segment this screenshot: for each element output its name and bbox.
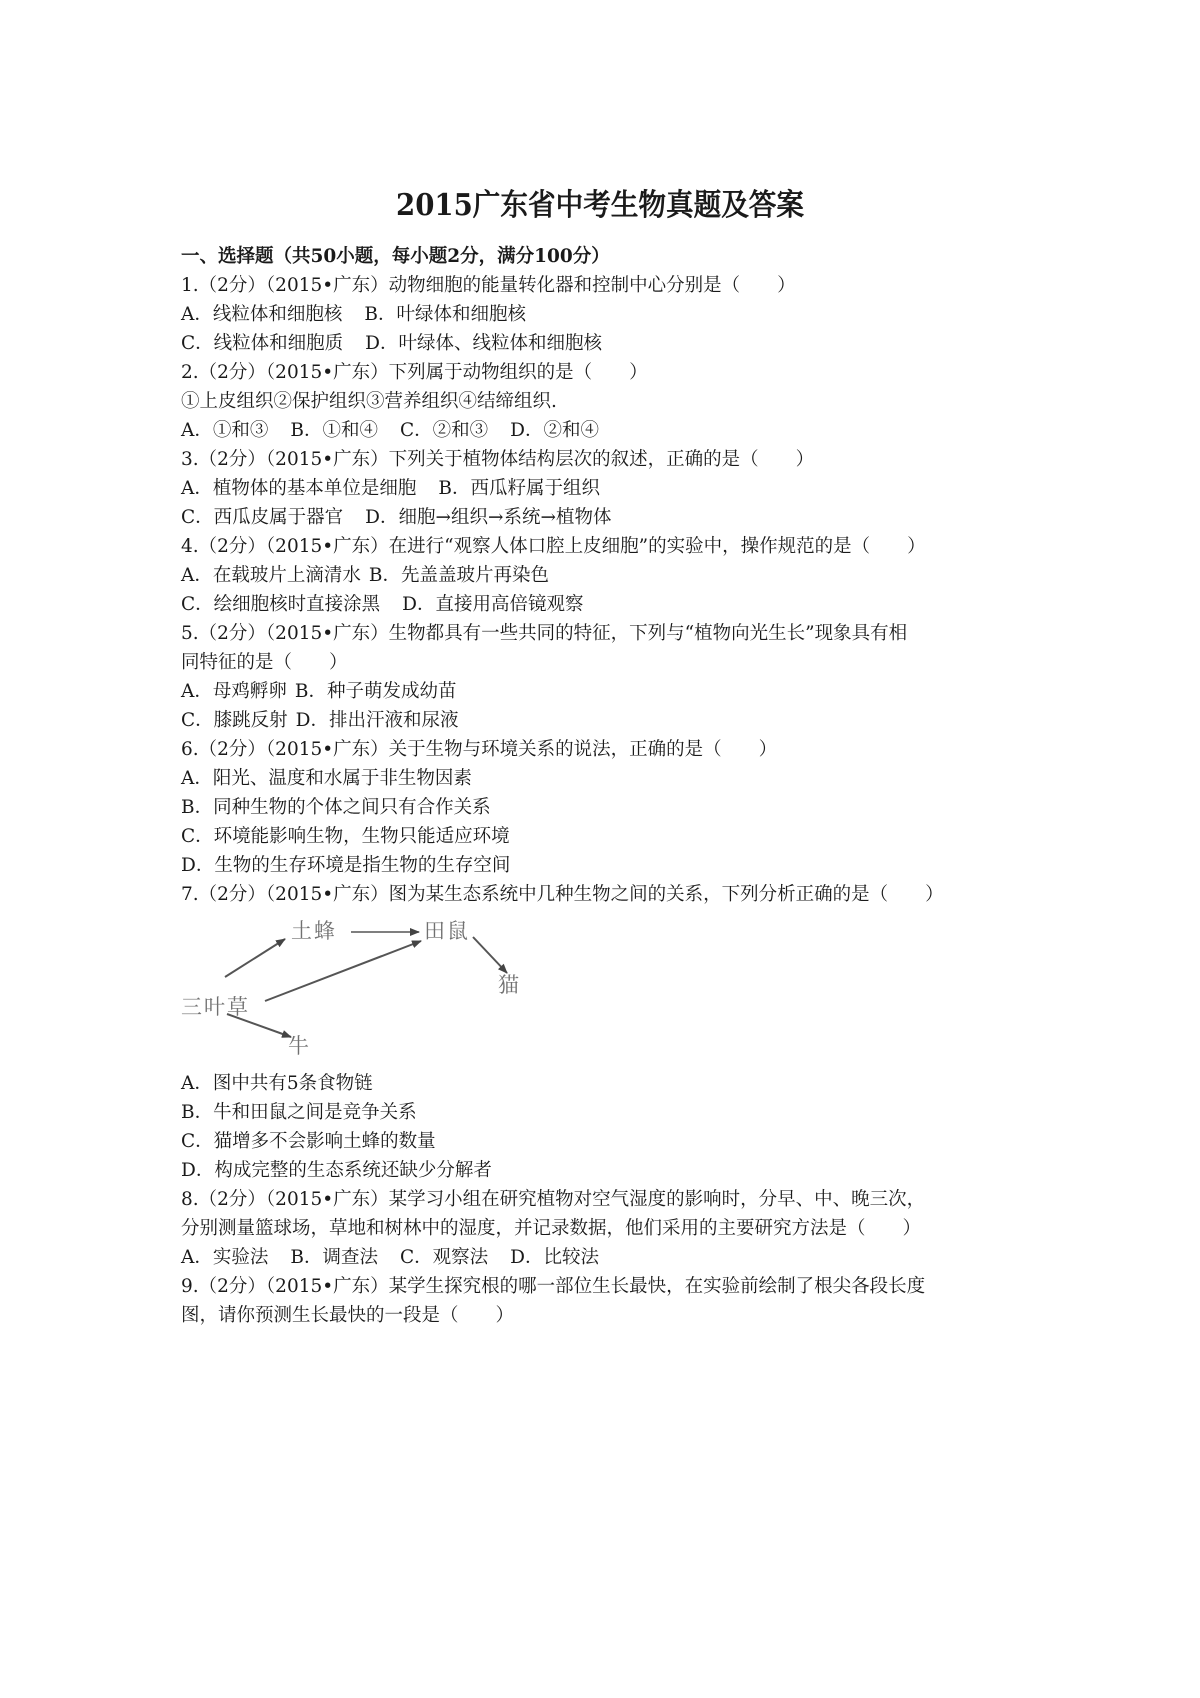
exam-page: 2015广东省中考生物真题及答案 一、选择题（共50小题，每小题2分，满分100… — [0, 0, 1200, 1698]
node-clover: 三叶草 — [181, 995, 250, 1019]
option-d: D．叶绿体、线粒体和细胞核 — [365, 333, 602, 354]
option-b: B．先盖盖玻片再染色 — [369, 565, 549, 586]
question-stem: 7.（2分）（2015•广东）图为某生态系统中几种生物之间的关系，下列分析正确的… — [181, 880, 1041, 909]
question-stem: 4.（2分）（2015•广东）在进行“观察人体口腔上皮细胞”的实验中，操作规范的… — [181, 532, 1041, 561]
question-6: 6.（2分）（2015•广东）关于生物与环境关系的说法，正确的是（ ） A．阳光… — [181, 735, 1041, 880]
option-d: D．②和④ — [510, 420, 599, 441]
question-2: 2.（2分）（2015•广东）下列属于动物组织的是（ ） ①上皮组织②保护组织③… — [181, 358, 1041, 445]
question-stem: 3.（2分）（2015•广东）下列关于植物体结构层次的叙述，正确的是（ ） — [181, 445, 1041, 474]
question-stem: 9.（2分）（2015•广东）某学生探究根的哪一部位生长最快，在实验前绘制了根尖… — [181, 1272, 1041, 1301]
option-b: B．①和④ — [290, 420, 378, 441]
option-b: B．调查法 — [290, 1247, 378, 1268]
option-d: D．生物的生存环境是指生物的生存空间 — [181, 851, 1041, 880]
document-body: 一、选择题（共50小题，每小题2分，满分100分） 1.（2分）（2015•广东… — [181, 242, 1041, 1330]
option-c: C．膝跳反射 — [181, 710, 288, 731]
question-stem: 6.（2分）（2015•广东）关于生物与环境关系的说法，正确的是（ ） — [181, 735, 1041, 764]
node-cat: 猫 — [498, 973, 521, 997]
option-row: C．西瓜皮属于器官D．细胞→组织→系统→植物体 — [181, 503, 1041, 532]
question-5: 5.（2分）（2015•广东）生物都具有一些共同的特征，下列与“植物向光生长”现… — [181, 619, 1041, 735]
option-d: D．构成完整的生态系统还缺少分解者 — [181, 1156, 1041, 1185]
question-stem: 8.（2分）（2015•广东）某学习小组在研究植物对空气湿度的影响时，分早、中、… — [181, 1185, 1041, 1214]
option-c: C．观察法 — [400, 1247, 488, 1268]
option-c: C．绘细胞核时直接涂黑 — [181, 594, 380, 615]
question-stem: 5.（2分）（2015•广东）生物都具有一些共同的特征，下列与“植物向光生长”现… — [181, 619, 1041, 648]
node-bee: 土蜂 — [291, 919, 337, 943]
option-b: B．同种生物的个体之间只有合作关系 — [181, 793, 1041, 822]
question-1: 1.（2分）（2015•广东）动物细胞的能量转化器和控制中心分别是（ ） A．线… — [181, 271, 1041, 358]
option-row: A．①和③B．①和④C．②和③D．②和④ — [181, 416, 1041, 445]
section-heading: 一、选择题（共50小题，每小题2分，满分100分） — [181, 242, 1041, 271]
question-9: 9.（2分）（2015•广东）某学生探究根的哪一部位生长最快，在实验前绘制了根尖… — [181, 1272, 1041, 1330]
option-a: A．在载玻片上滴清水 — [181, 565, 361, 586]
question-3: 3.（2分）（2015•广东）下列关于植物体结构层次的叙述，正确的是（ ） A．… — [181, 445, 1041, 532]
option-a: A．植物体的基本单位是细胞 — [181, 478, 416, 499]
option-a: A．母鸡孵卵 — [181, 681, 287, 702]
option-c: C．线粒体和细胞质 — [181, 333, 343, 354]
option-b: B．种子萌发成幼苗 — [295, 681, 457, 702]
question-stem-continued: 图，请你预测生长最快的一段是（ ） — [181, 1301, 1041, 1330]
option-b: B．叶绿体和细胞核 — [364, 304, 526, 325]
question-stem-continued: 同特征的是（ ） — [181, 648, 1041, 677]
option-row: C．膝跳反射D．排出汗液和尿液 — [181, 706, 1041, 735]
option-c: C．环境能影响生物，生物只能适应环境 — [181, 822, 1041, 851]
question-4: 4.（2分）（2015•广东）在进行“观察人体口腔上皮细胞”的实验中，操作规范的… — [181, 532, 1041, 619]
option-row: A．植物体的基本单位是细胞B．西瓜籽属于组织 — [181, 474, 1041, 503]
option-d: D．细胞→组织→系统→植物体 — [365, 507, 611, 528]
option-a: A．图中共有5条食物链 — [181, 1069, 1041, 1098]
option-a: A．线粒体和细胞核 — [181, 304, 342, 325]
option-b: B．西瓜籽属于组织 — [438, 478, 600, 499]
option-row: A．在载玻片上滴清水B．先盖盖玻片再染色 — [181, 561, 1041, 590]
food-web-diagram: 三叶草 土蜂 田鼠 猫 牛 — [181, 909, 1041, 1069]
option-c: C．②和③ — [400, 420, 488, 441]
option-d: D．比较法 — [510, 1247, 599, 1268]
question-8: 8.（2分）（2015•广东）某学习小组在研究植物对空气湿度的影响时，分早、中、… — [181, 1185, 1041, 1272]
option-a: A．①和③ — [181, 420, 268, 441]
option-a: A．阳光、温度和水属于非生物因素 — [181, 764, 1041, 793]
node-cow: 牛 — [288, 1034, 311, 1058]
option-c: C．猫增多不会影响土蜂的数量 — [181, 1127, 1041, 1156]
document-title: 2015广东省中考生物真题及答案 — [48, 186, 1152, 226]
question-sub-stem: ①上皮组织②保护组织③营养组织④结缔组织. — [181, 387, 1041, 416]
option-row: A．实验法B．调查法C．观察法D．比较法 — [181, 1243, 1041, 1272]
option-row: C．绘细胞核时直接涂黑D．直接用高倍镜观察 — [181, 590, 1041, 619]
option-b: B．牛和田鼠之间是竞争关系 — [181, 1098, 1041, 1127]
option-row: A．线粒体和细胞核B．叶绿体和细胞核 — [181, 300, 1041, 329]
option-row: A．母鸡孵卵B．种子萌发成幼苗 — [181, 677, 1041, 706]
question-7: 7.（2分）（2015•广东）图为某生态系统中几种生物之间的关系，下列分析正确的… — [181, 880, 1041, 1185]
option-row: C．线粒体和细胞质D．叶绿体、线粒体和细胞核 — [181, 329, 1041, 358]
question-stem: 2.（2分）（2015•广东）下列属于动物组织的是（ ） — [181, 358, 1041, 387]
question-stem-continued: 分别测量篮球场，草地和树林中的湿度，并记录数据，他们采用的主要研究方法是（ ） — [181, 1214, 1041, 1243]
food-web-arrows — [169, 909, 529, 1069]
option-a: A．实验法 — [181, 1247, 268, 1268]
option-d: D．直接用高倍镜观察 — [402, 594, 583, 615]
question-stem: 1.（2分）（2015•广东）动物细胞的能量转化器和控制中心分别是（ ） — [181, 271, 1041, 300]
option-d: D．排出汗液和尿液 — [296, 710, 459, 731]
option-c: C．西瓜皮属于器官 — [181, 507, 343, 528]
node-mouse: 田鼠 — [424, 919, 470, 943]
